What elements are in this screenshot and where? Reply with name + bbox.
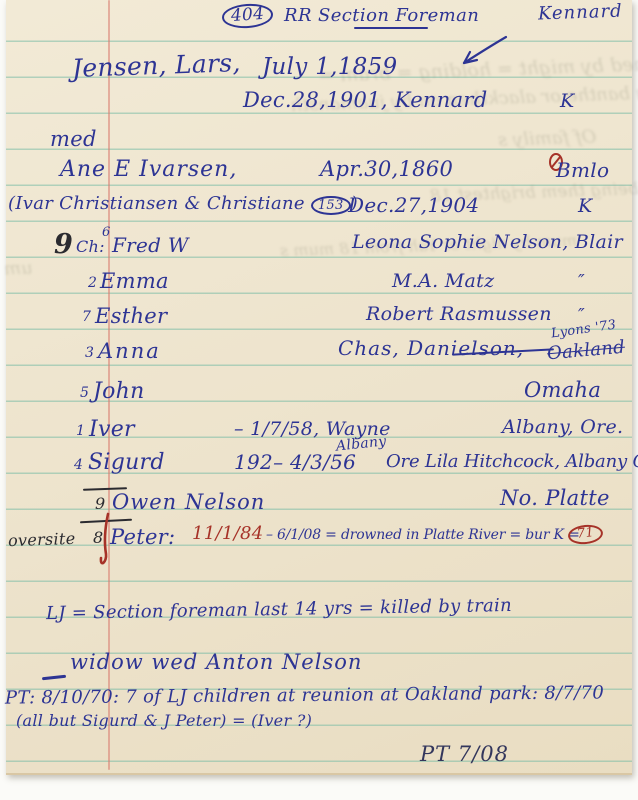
town-label: Kennard — [538, 2, 623, 25]
child-order: 9 — [95, 495, 105, 513]
occupation-title: RR Section Foreman — [284, 6, 479, 26]
child-spouse-note: Leona Sophie Nelson, Blair — [352, 232, 623, 253]
spouse-parents-names: (Ivar Christiansen & Christiane — [8, 193, 305, 214]
child-spouse-note: Ore Lila Hitchcock, Albany Ore — [386, 452, 638, 472]
child-order: 6 — [102, 226, 111, 240]
child-name: Owen Nelson — [112, 491, 265, 514]
spouse-parents: (Ivar Christiansen & Christiane 153) — [8, 194, 358, 214]
child-order: 5 — [80, 386, 89, 401]
subject-birth-date: July 1,1859 — [262, 55, 397, 80]
child-name: Sigurd — [88, 451, 165, 475]
child-name: Esther — [95, 305, 167, 328]
child-name: Peter: — [110, 526, 175, 549]
child-place-note: Omaha — [524, 379, 601, 402]
note-exceptions: (all but Sigurd & J Peter) = (Iver ?) — [16, 712, 312, 730]
bleed-through-text: um — [4, 258, 33, 280]
spouse-buried-code: K — [578, 196, 593, 217]
ditto-mark: ″ — [578, 272, 585, 292]
title-underline — [354, 27, 428, 29]
child-name: John — [93, 380, 145, 404]
child-name: Emma — [100, 270, 169, 293]
spouse-name: Ane E Ivarsen, — [60, 158, 237, 182]
margin-annotation: oversite — [8, 530, 76, 550]
cross-reference-circled: 153 — [311, 196, 351, 215]
spouse-birthplace: Bmlo — [556, 159, 609, 181]
married-label: med — [50, 128, 97, 151]
subject-name: Jensen, Lars, — [72, 49, 242, 82]
scanned-genealogy-card: { "document": { "header": { "ref_number"… — [0, 0, 638, 800]
child-birth-date-red: 11/1/84 — [192, 524, 264, 544]
child-spouse-note: Robert Rasmussen — [366, 304, 552, 325]
child-order: 1 — [76, 424, 85, 439]
child-place-note: No. Platte — [500, 487, 610, 510]
child-death-note: – 6/1/08 = drowned in Platte River = bur… — [266, 528, 580, 543]
child-order: 3 — [85, 346, 94, 361]
arrow-annotation — [450, 34, 510, 70]
child-spouse-note: M.A. Matz — [392, 271, 494, 292]
spouse-death-date: Dec.27,1904 — [348, 194, 479, 216]
child-spouse-note: Chas, Danielson, — [338, 337, 524, 359]
child-name: Anna — [98, 340, 161, 363]
child-order: 4 — [74, 458, 83, 473]
subject-buried-code: K — [560, 91, 575, 112]
spouse-birth-date: Apr.30,1860 — [320, 158, 453, 181]
note-widow-remarried: widow wed Anton Nelson — [70, 651, 362, 674]
compiler-signature: PT 7/08 — [420, 743, 509, 766]
child-name: Fred W — [112, 234, 189, 256]
children-count: 9 — [54, 230, 73, 260]
bleed-through-text: Of family s — [498, 126, 597, 150]
child-order: 2 — [88, 276, 97, 291]
child-order: 7 — [82, 310, 91, 325]
subject-death-line: Dec.28,1901, Kennard — [243, 89, 488, 112]
children-label: Ch: — [76, 238, 105, 256]
child-name: Iver — [89, 418, 135, 442]
child-place-note: Albany, Ore. — [502, 417, 623, 438]
